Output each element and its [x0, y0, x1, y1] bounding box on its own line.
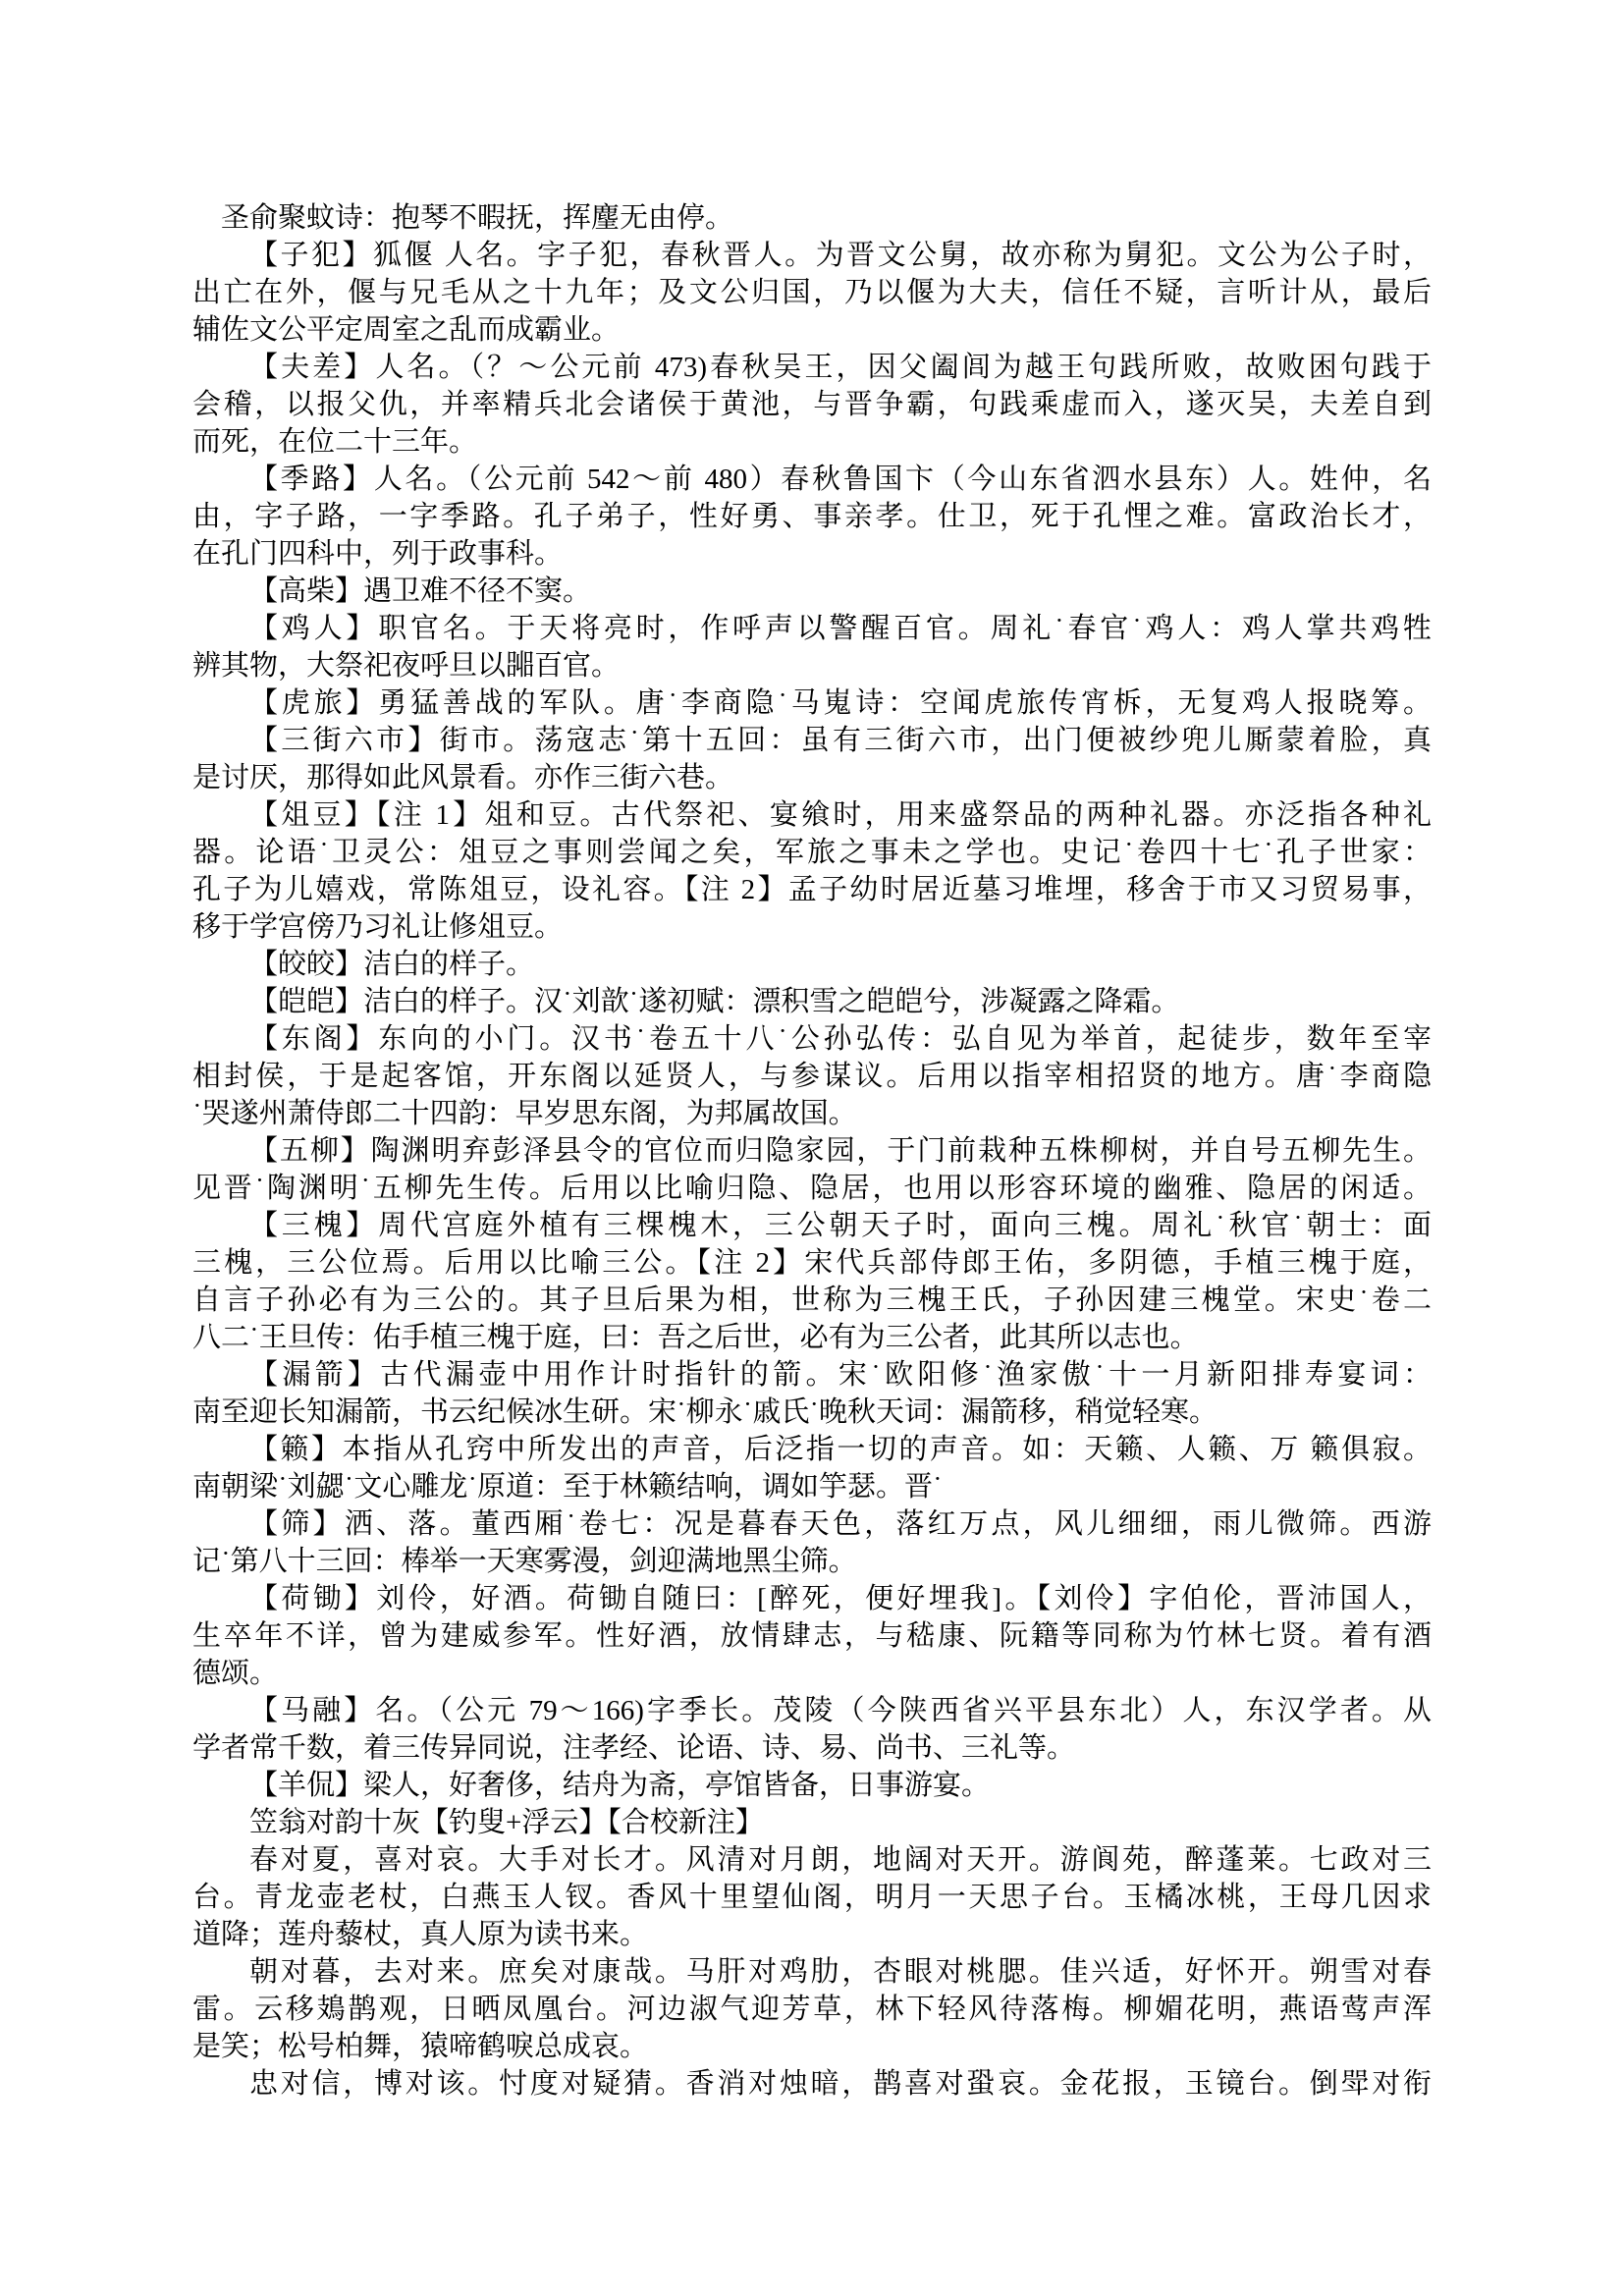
text-line: 三槐，三公位焉。后用以比喻三公。【注 2】宋代兵部侍郎王佑，多阴德，手植三槐于庭…	[192, 1244, 1432, 1282]
text-line: 道降；莲舟藜杖，真人原为读书来。	[192, 1916, 1432, 1953]
text-line: 南朝梁˙刘勰˙文心雕龙˙原道：至于林籁结响，调如竽瑟。晋˙	[192, 1468, 1432, 1505]
text-line: 【皎皎】洁白的样子。	[192, 946, 1432, 983]
text-line: 由，字子路，一字季路。孔子弟子，性好勇、事亲孝。仕卫，死于孔悝之难。富政治长才，	[192, 498, 1432, 535]
text-line: 记˙第八十三回：棒举一天寒雾漫，剑迎满地黑尘筛。	[192, 1543, 1432, 1580]
text-line: 是笑；松号柏舞，猿啼鹤唳总成哀。	[192, 2028, 1432, 2065]
text-line: 圣俞聚蚊诗：抱琴不暇抚，挥麈无由停。	[192, 199, 1432, 237]
text-line: 【高柴】遇卫难不径不窦。	[192, 573, 1432, 610]
text-line: 忠对信，博对该。忖度对疑猜。香消对烛暗，鹊喜对蛩哀。金花报，玉镜台。倒斝对衔	[192, 2065, 1432, 2103]
text-line: ˙哭遂州萧侍郎二十四韵：早岁思东阁，为邦属故国。	[192, 1095, 1432, 1132]
text-line: 【籁】本指从孔窍中所发出的声音，后泛指一切的声音。如：天籁、人籁、万 籁俱寂。	[192, 1431, 1432, 1468]
text-line: 相封侯，于是起客馆，开东阁以延贤人，与参谋议。后用以指宰相招贤的地方。唐˙李商隐	[192, 1058, 1432, 1095]
text-line: 自言子孙必有为三公的。其子旦后果为相，世称为三槐王氏，子孙因建三槐堂。宋史˙卷二	[192, 1282, 1432, 1319]
text-line: 辨其物，大祭祀夜呼旦以嘂百官。	[192, 647, 1432, 684]
text-line: 生卒年不详，曾为建威参军。性好酒，放情肆志，与嵇康、阮籍等同称为竹林七贤。着有酒	[192, 1617, 1432, 1655]
text-line: 八二˙王旦传：佑手植三槐于庭，曰：吾之后世，必有为三公者，此其所以志也。	[192, 1319, 1432, 1356]
text-line: 器。论语˙卫灵公：俎豆之事则尝闻之矣，军旅之事未之学也。史记˙卷四十七˙孔子世家…	[192, 834, 1432, 871]
text-line: 在孔门四科中，列于政事科。	[192, 535, 1432, 573]
text-line: 见晋˙陶渊明˙五柳先生传。后用以比喻归隐、隐居，也用以形容环境的幽雅、隐居的闲适…	[192, 1170, 1432, 1207]
text-line: 雷。云移鳷鹊观，日晒凤凰台。河边淑气迎芳草，林下轻风待落梅。柳媚花明，燕语莺声浑	[192, 1991, 1432, 2028]
text-line: 【漏箭】古代漏壶中用作计时指针的箭。宋˙欧阳修˙渔家傲˙十一月新阳排寿宴词：	[192, 1356, 1432, 1394]
text-line: 移于学宫傍乃习礼让修俎豆。	[192, 908, 1432, 946]
text-line: 孔子为儿嬉戏，常陈俎豆，设礼容。【注 2】孟子幼时居近墓习堆埋，移舍于市又习贸易…	[192, 871, 1432, 908]
text-line: 【子犯】狐偃 人名。字子犯，春秋晋人。为晋文公舅，故亦称为舅犯。文公为公子时，	[192, 237, 1432, 274]
text-line: 【夫差】人名。（？～公元前 473)春秋吴王，因父阖闾为越王句践所败，故败困句践…	[192, 349, 1432, 386]
text-line: 【五柳】陶渊明弃彭泽县令的官位而归隐家园，于门前栽种五株柳树，并自号五柳先生。	[192, 1132, 1432, 1170]
text-line: 笠翁对韵十灰【钓叟+浮云】【合校新注】	[192, 1804, 1432, 1841]
text-line: 【筛】洒、落。董西厢˙卷七：况是暮春天色，落红万点，风儿细细，雨儿微筛。西游	[192, 1505, 1432, 1543]
text-line: 【鸡人】职官名。于天将亮时，作呼声以警醒百官。周礼˙春官˙鸡人：鸡人掌共鸡牲	[192, 610, 1432, 647]
text-line: 【东阁】东向的小门。汉书˙卷五十八˙公孙弘传：弘自见为举首，起徒步，数年至宰	[192, 1020, 1432, 1058]
text-line: 【皑皑】洁白的样子。汉˙刘歆˙遂初赋：漂积雪之皑皑兮，涉凝露之降霜。	[192, 983, 1432, 1020]
text-line: 台。青龙壶老杖，白燕玉人钗。香风十里望仙阁，明月一天思子台。玉橘冰桃，王母几因求	[192, 1879, 1432, 1916]
text-line: 学者常千数，着三传异同说，注孝经、论语、诗、易、尚书、三礼等。	[192, 1729, 1432, 1767]
text-line: 辅佐文公平定周室之乱而成霸业。	[192, 311, 1432, 349]
text-line: 出亡在外，偃与兄毛从之十九年；及文公归国，乃以偃为大夫，信任不疑，言听计从，最后	[192, 274, 1432, 311]
text-line: 德颂。	[192, 1655, 1432, 1692]
text-line: 【三槐】周代宫庭外植有三棵槐木，三公朝天子时，面向三槐。周礼˙秋官˙朝士：面	[192, 1207, 1432, 1244]
text-line: 会稽，以报父仇，并率精兵北会诸侯于黄池，与晋争霸，句践乘虚而入，遂灭吴，夫差自到	[192, 386, 1432, 423]
document-body: 圣俞聚蚊诗：抱琴不暇抚，挥麈无由停。【子犯】狐偃 人名。字子犯，春秋晋人。为晋文…	[192, 199, 1432, 2103]
text-line: 【虎旅】勇猛善战的军队。唐˙李商隐˙马嵬诗：空闻虎旅传宵柝，无复鸡人报晓筹。	[192, 684, 1432, 722]
text-line: 【三街六市】街市。荡寇志˙第十五回：虽有三街六市，出门便被纱兜儿厮蒙着脸，真	[192, 722, 1432, 759]
text-line: 是讨厌，那得如此风景看。亦作三街六巷。	[192, 759, 1432, 796]
text-line: 【荷锄】刘伶，好酒。荷锄自随曰：[醉死，便好埋我]。【刘伶】字伯伦，晋沛国人，	[192, 1580, 1432, 1617]
text-line: 南至迎长知漏箭，书云纪候冰生研。宋˙柳永˙戚氏˙晚秋天词：漏箭移，稍觉轻寒。	[192, 1394, 1432, 1431]
text-line: 朝对暮，去对来。庶矣对康哉。马肝对鸡肋，杏眼对桃腮。佳兴适，好怀开。朔雪对春	[192, 1953, 1432, 1991]
text-line: 春对夏，喜对哀。大手对长才。风清对月朗，地阔对天开。游阆苑，醉蓬莱。七政对三	[192, 1841, 1432, 1879]
document-page: 圣俞聚蚊诗：抱琴不暇抚，挥麈无由停。【子犯】狐偃 人名。字子犯，春秋晋人。为晋文…	[0, 0, 1623, 2296]
text-line: 【俎豆】【注 1】俎和豆。古代祭祀、宴飨时，用来盛祭品的两种礼器。亦泛指各种礼	[192, 796, 1432, 834]
text-line: 【羊侃】梁人，好奢侈，结舟为斋，亭馆皆备，日事游宴。	[192, 1767, 1432, 1804]
text-line: 【马融】名。（公元 79～166)字季长。茂陵（今陕西省兴平县东北）人，东汉学者…	[192, 1692, 1432, 1729]
text-line: 而死，在位二十三年。	[192, 423, 1432, 461]
text-line: 【季路】人名。（公元前 542～前 480）春秋鲁国卞（今山东省泗水县东）人。姓…	[192, 461, 1432, 498]
